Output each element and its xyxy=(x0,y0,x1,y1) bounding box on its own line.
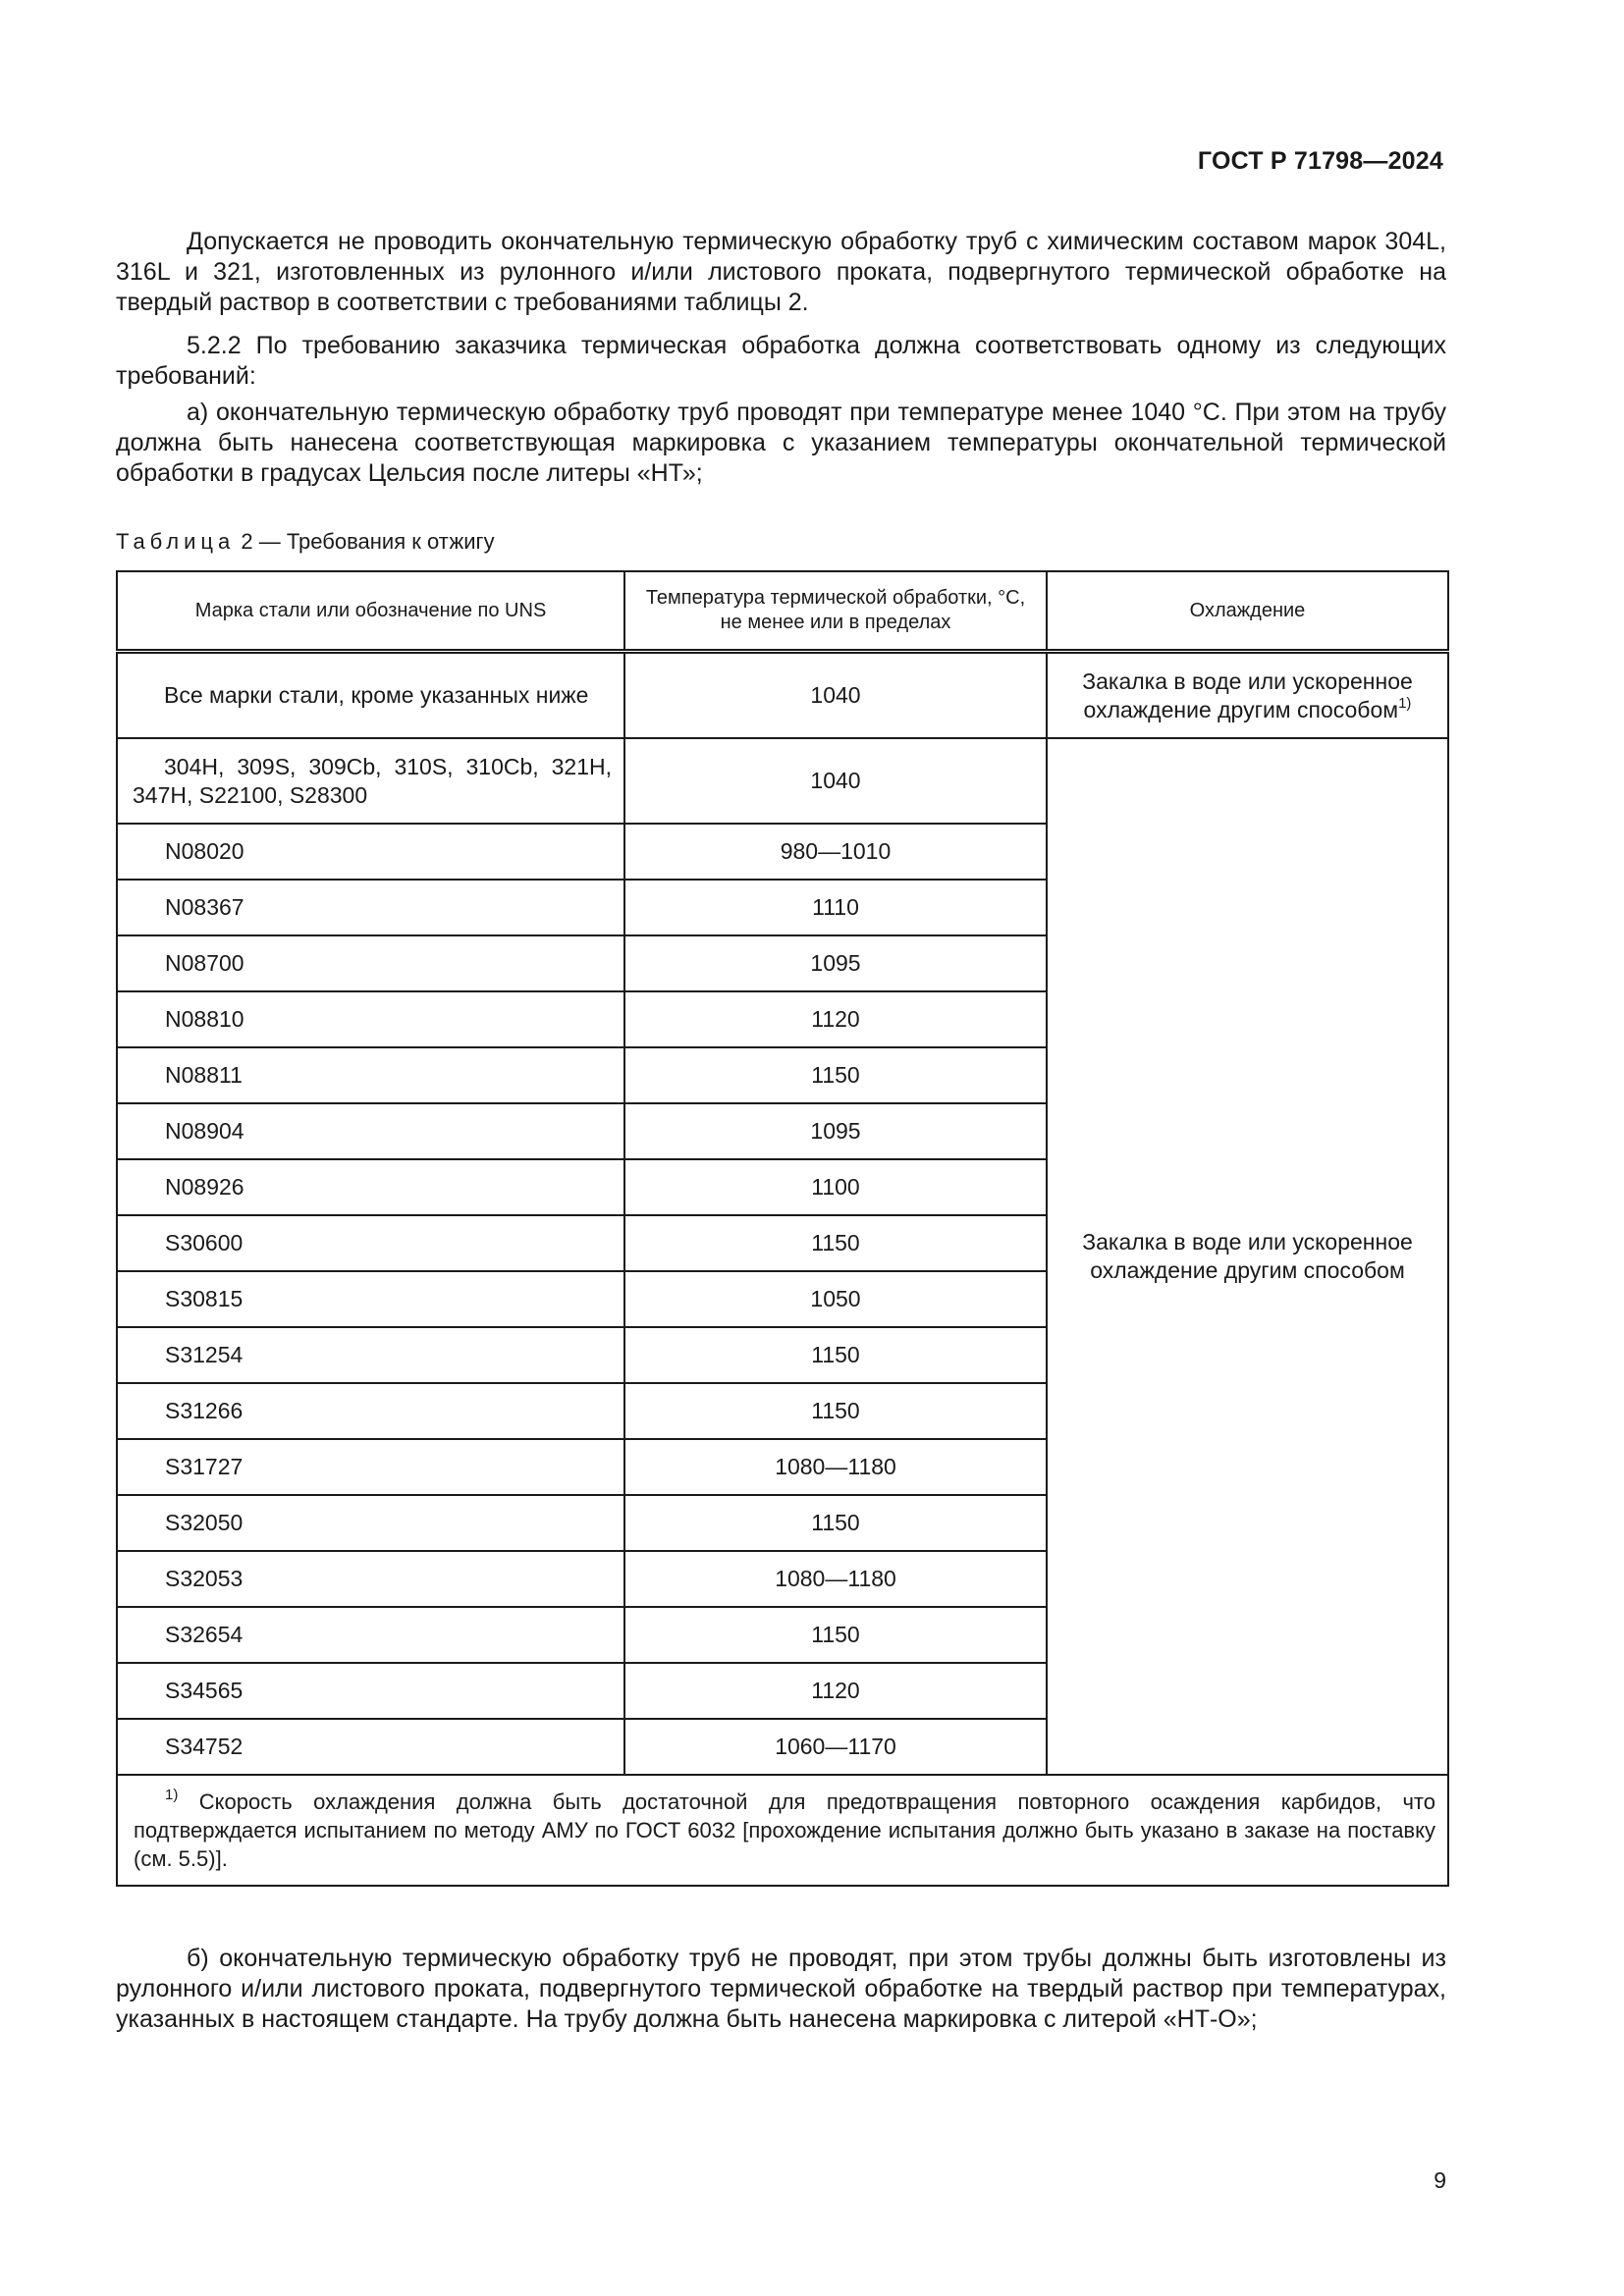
page-number: 9 xyxy=(1434,2167,1446,2194)
grade-cell: S32050 xyxy=(117,1495,624,1551)
temperature-cell: 1080—1180 xyxy=(624,1551,1047,1607)
table-caption-title: 2 — Требования к отжигу xyxy=(235,529,494,554)
grade-text: 304H, 309S, 309Cb, 310S, 310Cb, 321H, 34… xyxy=(133,754,612,808)
grade-cell: N08926 xyxy=(117,1159,624,1215)
document-code: ГОСТ Р 71798—2024 xyxy=(1198,147,1443,176)
temperature-cell: 1095 xyxy=(624,935,1047,991)
table-row: Все марки стали, кроме указанных ниже 10… xyxy=(117,652,1448,739)
temperature-cell: 1150 xyxy=(624,1327,1047,1383)
header-steel-grade: Марка стали или обозначение по UNS xyxy=(117,571,624,652)
paragraph-text: Допускается не проводить окончательную т… xyxy=(116,228,1446,316)
table-row: 304H, 309S, 309Cb, 310S, 310Cb, 321H, 34… xyxy=(117,738,1448,824)
grade-cell: Все марки стали, кроме указанных ниже xyxy=(117,652,624,739)
footnote-mark: 1) xyxy=(1398,695,1411,712)
grade-cell: S34752 xyxy=(117,1719,624,1775)
footnote-text: Скорость охлаждения должна быть достаточ… xyxy=(134,1789,1435,1871)
grade-cell: S31254 xyxy=(117,1327,624,1383)
temperature-cell: 1050 xyxy=(624,1271,1047,1327)
grade-cell: N08367 xyxy=(117,880,624,935)
temperature-cell: 1040 xyxy=(624,738,1047,824)
grade-cell: N08020 xyxy=(117,824,624,880)
grade-cell: N08810 xyxy=(117,991,624,1047)
grade-cell: S31266 xyxy=(117,1383,624,1439)
temperature-cell: 1060—1170 xyxy=(624,1719,1047,1775)
temperature-cell: 1150 xyxy=(624,1495,1047,1551)
table-footnote-row: 1) Скорость охлаждения должна быть доста… xyxy=(117,1775,1448,1886)
grade-cell: S34565 xyxy=(117,1663,624,1719)
header-temperature: Температура термической обработки, °С, н… xyxy=(624,571,1047,652)
paragraph-heat-treatment-exemption: Допускается не проводить окончательную т… xyxy=(116,227,1446,318)
grade-cell: S30600 xyxy=(117,1215,624,1271)
temperature-cell: 1110 xyxy=(624,880,1047,935)
shared-cooling-cell: Закалка в воде или ускоренное охлаждение… xyxy=(1047,738,1448,1775)
grade-cell: S30815 xyxy=(117,1271,624,1327)
cooling-cell: Закалка в воде или ускоренное охлаждение… xyxy=(1047,652,1448,739)
temperature-cell: 1120 xyxy=(624,991,1047,1047)
temperature-cell: 1120 xyxy=(624,1663,1047,1719)
grade-cell: S31727 xyxy=(117,1439,624,1495)
temperature-cell: 1150 xyxy=(624,1383,1047,1439)
grade-cell: S32654 xyxy=(117,1607,624,1663)
grade-cell: N08811 xyxy=(117,1047,624,1103)
temperature-cell: 1100 xyxy=(624,1159,1047,1215)
table-caption-label: Таблица xyxy=(116,529,235,554)
table-footnote: 1) Скорость охлаждения должна быть доста… xyxy=(117,1775,1448,1886)
table-header-row: Марка стали или обозначение по UNS Темпе… xyxy=(117,571,1448,652)
temperature-cell: 1150 xyxy=(624,1215,1047,1271)
cooling-text: Закалка в воде или ускоренное охлаждение… xyxy=(1082,668,1413,722)
grade-cell: S32053 xyxy=(117,1551,624,1607)
header-cooling: Охлаждение xyxy=(1047,571,1448,652)
footnote-mark: 1) xyxy=(165,1787,178,1803)
grade-cell: N08904 xyxy=(117,1103,624,1159)
temperature-cell: 980—1010 xyxy=(624,824,1047,880)
grade-text: Все марки стали, кроме указанных ниже xyxy=(164,682,588,708)
paragraph-text: а) окончательную термическую обработку т… xyxy=(116,399,1446,487)
temperature-cell: 1080—1180 xyxy=(624,1439,1047,1495)
grade-cell: 304H, 309S, 309Cb, 310S, 310Cb, 321H, 34… xyxy=(117,738,624,824)
annealing-requirements-table: Марка стали или обозначение по UNS Темпе… xyxy=(116,570,1449,1887)
temperature-cell: 1095 xyxy=(624,1103,1047,1159)
paragraph-text: 5.2.2 По требованию заказчика термическа… xyxy=(116,332,1446,390)
paragraph-5-2-2: 5.2.2 По требованию заказчика термическа… xyxy=(116,331,1446,392)
temperature-cell: 1150 xyxy=(624,1607,1047,1663)
grade-cell: N08700 xyxy=(117,935,624,991)
temperature-cell: 1150 xyxy=(624,1047,1047,1103)
table-caption: Таблица 2 — Требования к отжигу xyxy=(116,529,495,555)
paragraph-text: б) окончательную термическую обработку т… xyxy=(116,1945,1446,2033)
temperature-cell: 1040 xyxy=(624,652,1047,739)
paragraph-item-a: а) окончательную термическую обработку т… xyxy=(116,398,1446,489)
paragraph-item-b: б) окончательную термическую обработку т… xyxy=(116,1944,1446,2035)
